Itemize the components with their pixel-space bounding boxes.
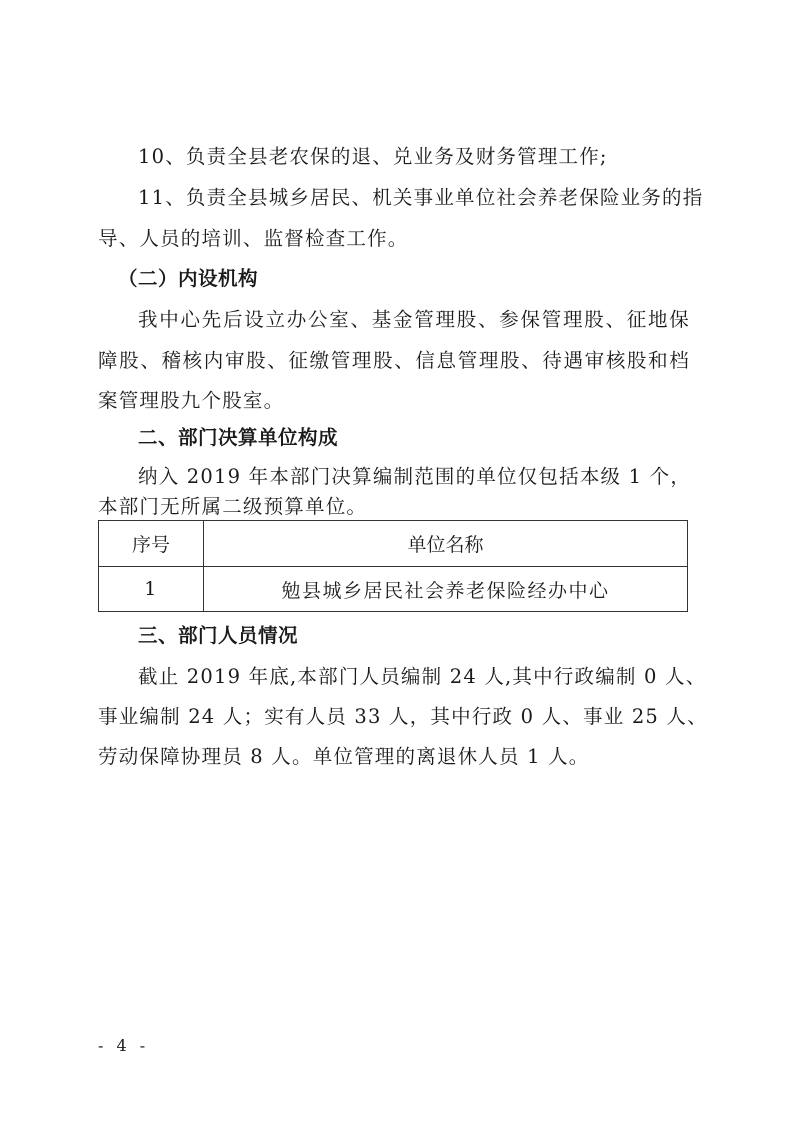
table-header-unit-name: 单位名称 — [204, 521, 688, 567]
budget-units-line-2: 本部门无所属二级预算单位。 — [98, 494, 690, 520]
section-heading-internal-structure: （二）内设机构 — [118, 266, 710, 292]
table-header-row: 序号 单位名称 — [99, 521, 688, 567]
table-header-seq: 序号 — [99, 521, 204, 567]
section-heading-budget-units: 二、部门决算单位构成 — [138, 425, 730, 451]
staff-line-2: 事业编制 24 人；实有人员 33 人，其中行政 0 人、事业 25 人、 — [98, 704, 690, 730]
staff-line-1: 截止 2019 年底,本部门人员编制 24 人,其中行政编制 0 人、 — [138, 664, 690, 690]
table-cell-unit-name: 勉县城乡居民社会养老保险经办中心 — [204, 567, 688, 612]
internal-structure-line-2: 障股、稽核内审股、征缴管理股、信息管理股、待遇审核股和档 — [98, 348, 690, 374]
table-cell-seq: 1 — [99, 567, 204, 612]
section-heading-staff: 三、部门人员情况 — [138, 623, 730, 649]
budget-units-line-1: 纳入 2019 年本部门决算编制范围的单位仅包括本级 1 个， — [138, 464, 690, 490]
page-number: - 4 - — [98, 1036, 149, 1055]
budget-units-table: 序号 单位名称 1 勉县城乡居民社会养老保险经办中心 — [98, 520, 688, 612]
duty-item-11-line-1: 11、负责全县城乡居民、机关事业单位社会养老保险业务的指 — [138, 185, 690, 211]
duty-item-10: 10、负责全县老农保的退、兑业务及财务管理工作; — [138, 144, 690, 170]
duty-item-11-line-2: 导、人员的培训、监督检查工作。 — [98, 226, 690, 252]
internal-structure-line-1: 我中心先后设立办公室、基金管理股、参保管理股、征地保 — [138, 307, 690, 333]
staff-line-3: 劳动保障协理员 8 人。单位管理的离退休人员 1 人。 — [98, 744, 690, 770]
table-row: 1 勉县城乡居民社会养老保险经办中心 — [99, 567, 688, 612]
internal-structure-line-3: 案管理股九个股室。 — [98, 388, 690, 414]
